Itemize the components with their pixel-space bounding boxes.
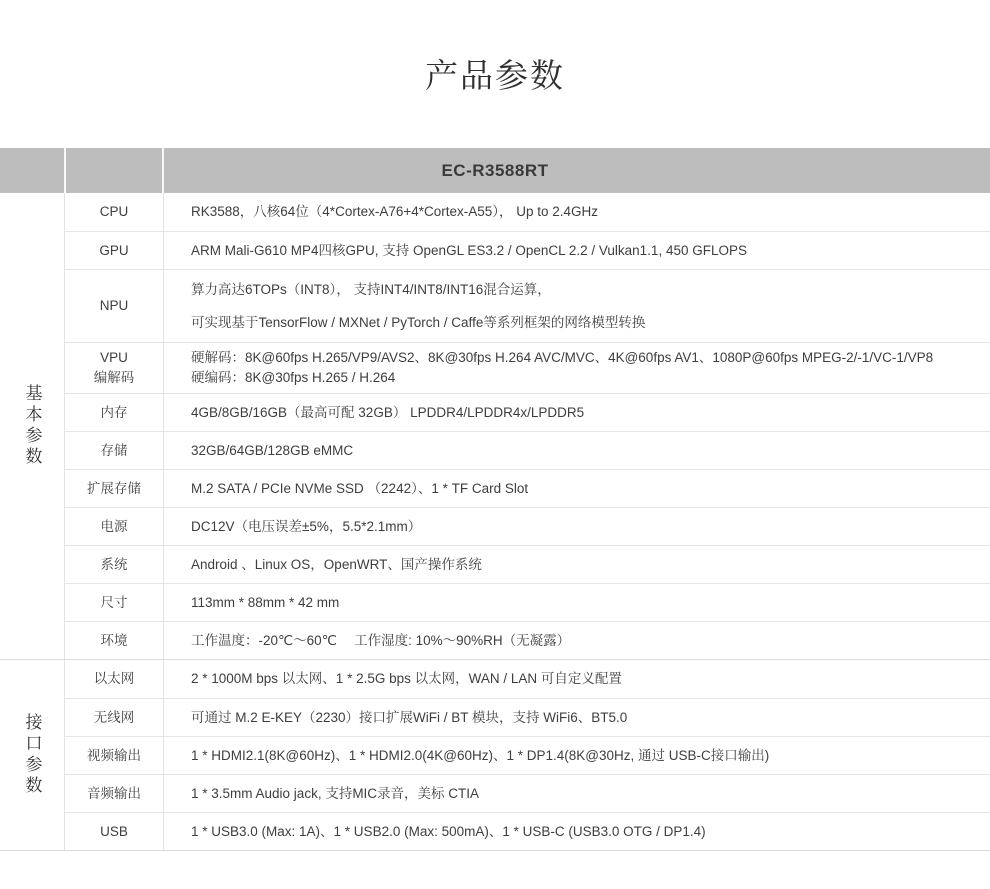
param-name: 无线网: [65, 699, 163, 736]
table-row-audio-output: 音频输出 1 * 3.5mm Audio jack, 支持MIC录音，美标 CT…: [65, 774, 990, 812]
param-value-line: 1 * HDMI2.1(8K@60Hz)、1 * HDMI2.0(4K@60Hz…: [191, 746, 769, 766]
table-row-wireless: 无线网 可通过 M.2 E-KEY（2230）接口扩展WiFi / BT 模块，…: [65, 698, 990, 736]
param-value-line: DC12V（电压误差±5%，5.5*2.1mm）: [191, 517, 421, 537]
param-value: 可通过 M.2 E-KEY（2230）接口扩展WiFi / BT 模块，支持 W…: [163, 699, 990, 736]
param-name: 扩展存储: [65, 470, 163, 507]
group-label-basic: 基本参数: [0, 193, 65, 659]
table-row-memory: 内存 4GB/8GB/16GB（最高可配 32GB） LPDDR4/LPDDR4…: [65, 393, 990, 431]
page-title: 产品参数: [0, 50, 990, 97]
param-value: M.2 SATA / PCIe NVMe SSD （2242）、1 * TF C…: [163, 470, 990, 507]
param-value-line: ARM Mali-G610 MP4四核GPU, 支持 OpenGL ES3.2 …: [191, 241, 747, 261]
param-value: 算力高达6TOPs（INT8）， 支持INT4/INT8/INT16混合运算， …: [163, 270, 990, 342]
param-value: DC12V（电压误差±5%，5.5*2.1mm）: [163, 508, 990, 545]
table-header: EC-R3588RT: [0, 148, 990, 193]
param-value: 2 * 1000M bps 以太网、1 * 2.5G bps 以太网，WAN /…: [163, 660, 990, 698]
param-value: 1 * USB3.0 (Max: 1A)、1 * USB2.0 (Max: 50…: [163, 813, 990, 850]
param-name: 电源: [65, 508, 163, 545]
param-value-line: 113mm * 88mm * 42 mm: [191, 593, 339, 613]
param-value-line: 可通过 M.2 E-KEY（2230）接口扩展WiFi / BT 模块，支持 W…: [191, 708, 627, 728]
param-value: 工作温度：-20℃～60℃ 工作湿度: 10%～90%RH（无凝露）: [163, 622, 990, 659]
param-value: 硬解码：8K@60fps H.265/VP9/AVS2、8K@30fps H.2…: [163, 343, 990, 393]
header-column-divider: [162, 148, 164, 193]
param-name: GPU: [65, 232, 163, 269]
param-value-line: 1 * 3.5mm Audio jack, 支持MIC录音，美标 CTIA: [191, 784, 479, 804]
table-row-power: 电源 DC12V（电压误差±5%，5.5*2.1mm）: [65, 507, 990, 545]
param-value-line: 32GB/64GB/128GB eMMC: [191, 441, 353, 461]
param-value: 32GB/64GB/128GB eMMC: [163, 432, 990, 469]
param-value-line: M.2 SATA / PCIe NVMe SSD （2242）、1 * TF C…: [191, 479, 528, 499]
param-name: 存储: [65, 432, 163, 469]
param-value-line: Android 、Linux OS，OpenWRT、国产操作系统: [191, 555, 482, 575]
param-value-line: 1 * USB3.0 (Max: 1A)、1 * USB2.0 (Max: 50…: [191, 822, 706, 842]
group-label-interface: 接口参数: [0, 660, 65, 850]
table-row-usb: USB 1 * USB3.0 (Max: 1A)、1 * USB2.0 (Max…: [65, 812, 990, 850]
param-value: Android 、Linux OS，OpenWRT、国产操作系统: [163, 546, 990, 583]
param-value-line: 可实现基于TensorFlow / MXNet / PyTorch / Caff…: [191, 313, 645, 333]
spec-table: EC-R3588RT 基本参数 CPU RK3588，八核64位（4*Corte…: [0, 148, 990, 851]
product-spec-page: 产品参数 EC-R3588RT 基本参数 CPU RK3588，八核64位（4*…: [0, 0, 990, 889]
param-value: 1 * HDMI2.1(8K@60Hz)、1 * HDMI2.0(4K@60Hz…: [163, 737, 990, 774]
param-value: 4GB/8GB/16GB（最高可配 32GB） LPDDR4/LPDDR4x/L…: [163, 394, 990, 431]
table-row-ethernet: 以太网 2 * 1000M bps 以太网、1 * 2.5G bps 以太网，W…: [65, 660, 990, 698]
param-name: VPU 编解码: [65, 343, 163, 393]
param-name: NPU: [65, 270, 163, 342]
param-value-line: 硬编码：8K@30fps H.265 / H.264: [191, 368, 395, 388]
param-value: 1 * 3.5mm Audio jack, 支持MIC录音，美标 CTIA: [163, 775, 990, 812]
param-value-line: 2 * 1000M bps 以太网、1 * 2.5G bps 以太网，WAN /…: [191, 669, 622, 689]
param-value-line: 4GB/8GB/16GB（最高可配 32GB） LPDDR4/LPDDR4x/L…: [191, 403, 584, 423]
table-row-dimensions: 尺寸 113mm * 88mm * 42 mm: [65, 583, 990, 621]
param-name: 系统: [65, 546, 163, 583]
param-value-line: 硬解码：8K@60fps H.265/VP9/AVS2、8K@30fps H.2…: [191, 348, 933, 368]
param-value: RK3588，八核64位（4*Cortex-A76+4*Cortex-A55），…: [163, 193, 990, 231]
table-row-video-output: 视频输出 1 * HDMI2.1(8K@60Hz)、1 * HDMI2.0(4K…: [65, 736, 990, 774]
param-name: 音频输出: [65, 775, 163, 812]
param-name: 尺寸: [65, 584, 163, 621]
section-basic-params: 基本参数 CPU RK3588，八核64位（4*Cortex-A76+4*Cor…: [0, 193, 990, 660]
header-column-divider: [64, 148, 66, 193]
param-name: 视频输出: [65, 737, 163, 774]
section-interface-params: 接口参数 以太网 2 * 1000M bps 以太网、1 * 2.5G bps …: [0, 660, 990, 851]
basic-params-rows: CPU RK3588，八核64位（4*Cortex-A76+4*Cortex-A…: [65, 193, 990, 659]
table-row-storage: 存储 32GB/64GB/128GB eMMC: [65, 431, 990, 469]
param-name: CPU: [65, 193, 163, 231]
interface-params-rows: 以太网 2 * 1000M bps 以太网、1 * 2.5G bps 以太网，W…: [65, 660, 990, 850]
param-value-line: RK3588，八核64位（4*Cortex-A76+4*Cortex-A55），…: [191, 202, 598, 222]
table-row-cpu: CPU RK3588，八核64位（4*Cortex-A76+4*Cortex-A…: [65, 193, 990, 231]
group-label-text: 基本参数: [20, 384, 45, 468]
param-value-line: 算力高达6TOPs（INT8）， 支持INT4/INT8/INT16混合运算，: [191, 280, 551, 300]
param-name: 内存: [65, 394, 163, 431]
group-label-text: 接口参数: [20, 713, 45, 797]
table-row-environment: 环境 工作温度：-20℃～60℃ 工作湿度: 10%～90%RH（无凝露）: [65, 621, 990, 659]
table-row-gpu: GPU ARM Mali-G610 MP4四核GPU, 支持 OpenGL ES…: [65, 231, 990, 269]
table-row-npu: NPU 算力高达6TOPs（INT8）， 支持INT4/INT8/INT16混合…: [65, 269, 990, 342]
param-name: 环境: [65, 622, 163, 659]
table-row-vpu: VPU 编解码 硬解码：8K@60fps H.265/VP9/AVS2、8K@3…: [65, 342, 990, 393]
table-row-os: 系统 Android 、Linux OS，OpenWRT、国产操作系统: [65, 545, 990, 583]
product-model-label: EC-R3588RT: [441, 161, 548, 181]
param-value-line: 工作温度：-20℃～60℃ 工作湿度: 10%～90%RH（无凝露）: [191, 631, 570, 651]
param-name: 以太网: [65, 660, 163, 698]
param-value: ARM Mali-G610 MP4四核GPU, 支持 OpenGL ES3.2 …: [163, 232, 990, 269]
param-value: 113mm * 88mm * 42 mm: [163, 584, 990, 621]
table-row-expand-storage: 扩展存储 M.2 SATA / PCIe NVMe SSD （2242）、1 *…: [65, 469, 990, 507]
param-name: USB: [65, 813, 163, 850]
